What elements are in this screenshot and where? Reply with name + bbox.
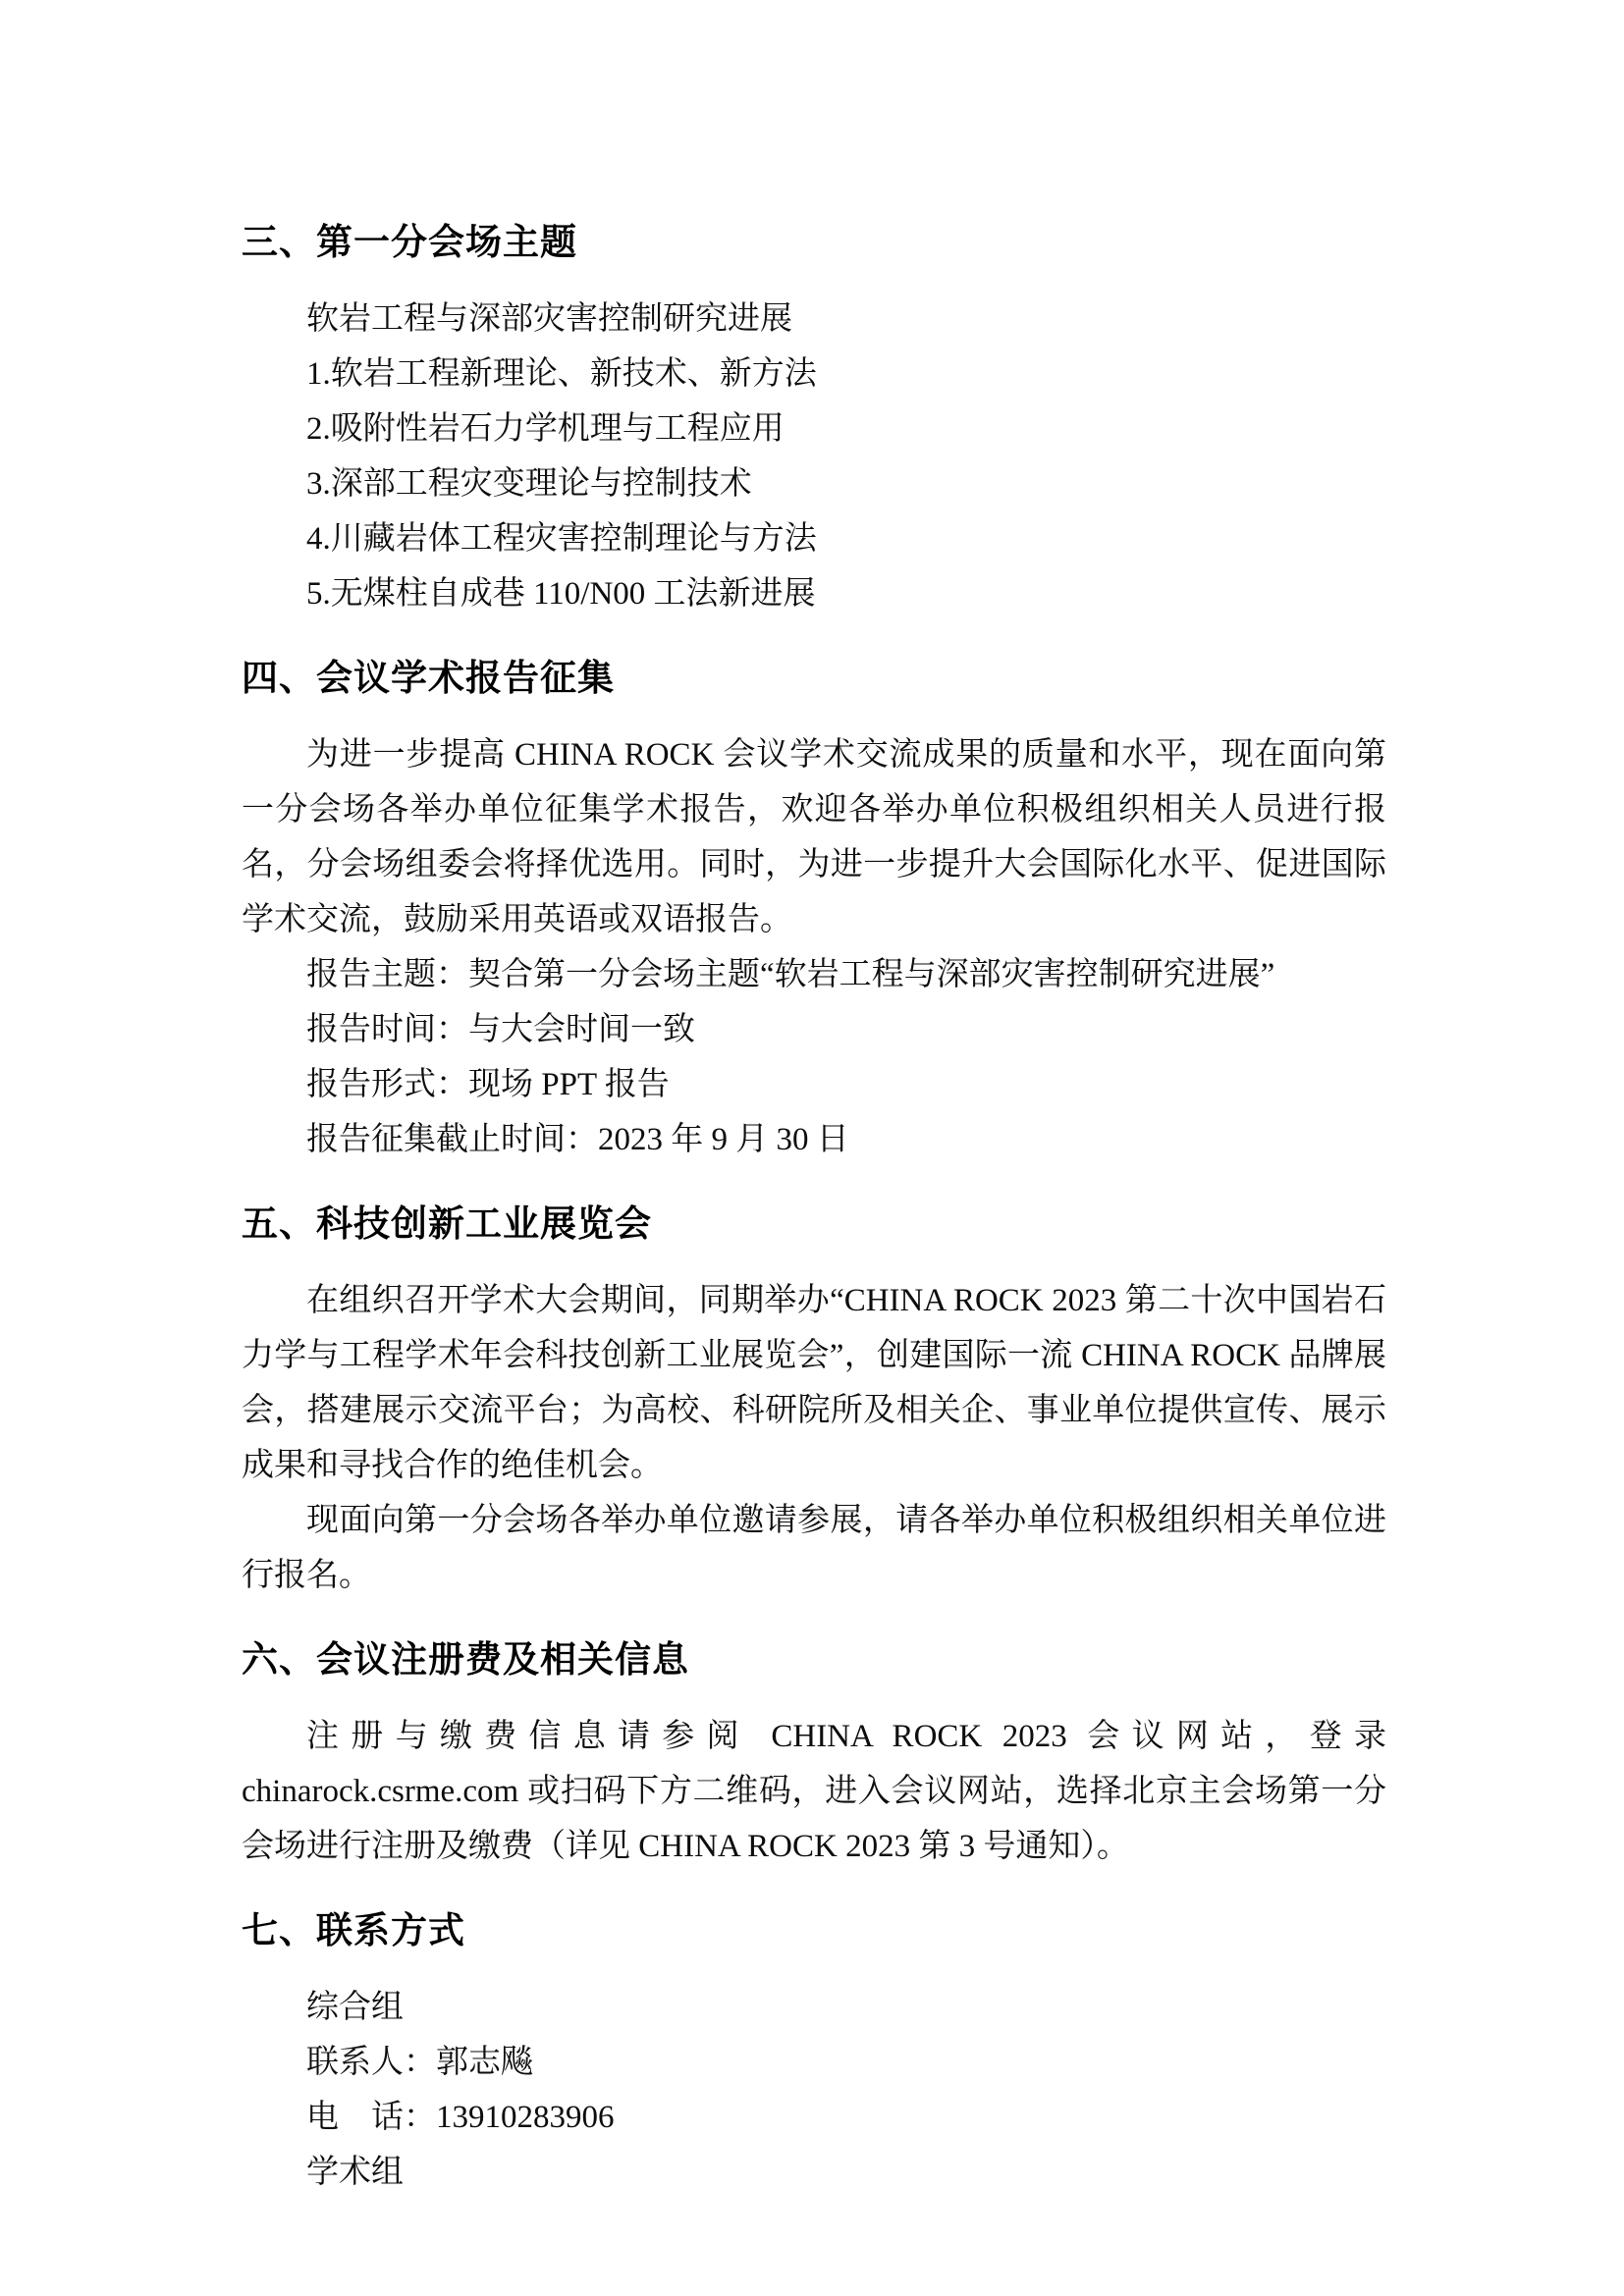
- contact-person-line: 联系人：郭志飚: [242, 2035, 1386, 2090]
- document-page: 三、第一分会场主题 软岩工程与深部灾害控制研究进展 1.软岩工程新理论、新技术、…: [0, 0, 1624, 2296]
- theme-item-3: 3.深部工程灾变理论与控制技术: [242, 456, 1386, 511]
- theme-item-1: 1.软岩工程新理论、新技术、新方法: [242, 347, 1386, 401]
- section-heading-contact: 七、联系方式: [242, 1906, 1386, 1955]
- report-topic-line: 报告主题：契合第一分会场主题“软岩工程与深部灾害控制研究进展”: [242, 947, 1386, 1002]
- section-registration-fee: 六、会议注册费及相关信息 注册与缴费信息请参阅 CHINA ROCK 2023 …: [242, 1635, 1386, 1874]
- section-heading-subvenue-theme: 三、第一分会场主题: [242, 218, 1386, 267]
- exhibition-paragraph-2: 现面向第一分会场各举办单位邀请参展，请各举办单位积极组织相关单位进行报名。: [242, 1493, 1386, 1603]
- section-contact: 七、联系方式 综合组 联系人：郭志飚 电 话：13910283906 学术组: [242, 1906, 1386, 2200]
- section-heading-registration-fee: 六、会议注册费及相关信息: [242, 1635, 1386, 1684]
- theme-title-line: 软岩工程与深部灾害控制研究进展: [242, 292, 1386, 347]
- section-exhibition: 五、科技创新工业展览会 在组织召开学术大会期间，同期举办“CHINA ROCK …: [242, 1200, 1386, 1603]
- theme-item-4: 4.川藏岩体工程灾害控制理论与方法: [242, 511, 1386, 566]
- report-format-line: 报告形式：现场 PPT 报告: [242, 1057, 1386, 1112]
- section-report-solicitation: 四、会议学术报告征集 为进一步提高 CHINA ROCK 会议学术交流成果的质量…: [242, 654, 1386, 1167]
- section-subvenue-theme: 三、第一分会场主题 软岩工程与深部灾害控制研究进展 1.软岩工程新理论、新技术、…: [242, 218, 1386, 621]
- contact-group-academic: 学术组: [242, 2145, 1386, 2200]
- theme-item-2: 2.吸附性岩石力学机理与工程应用: [242, 401, 1386, 456]
- section-heading-report-solicitation: 四、会议学术报告征集: [242, 654, 1386, 703]
- report-deadline-line: 报告征集截止时间：2023 年 9 月 30 日: [242, 1112, 1386, 1167]
- contact-group-general: 综合组: [242, 1980, 1386, 2035]
- report-time-line: 报告时间：与大会时间一致: [242, 1002, 1386, 1057]
- section-heading-exhibition: 五、科技创新工业展览会: [242, 1200, 1386, 1249]
- contact-phone-line: 电 话：13910283906: [242, 2090, 1386, 2145]
- registration-fee-paragraph: 注册与缴费信息请参阅 CHINA ROCK 2023 会议网站，登录 china…: [242, 1709, 1386, 1874]
- theme-item-5: 5.无煤柱自成巷 110/N00 工法新进展: [242, 566, 1386, 621]
- exhibition-paragraph-1: 在组织召开学术大会期间，同期举办“CHINA ROCK 2023 第二十次中国岩…: [242, 1273, 1386, 1493]
- report-solicitation-paragraph: 为进一步提高 CHINA ROCK 会议学术交流成果的质量和水平，现在面向第一分…: [242, 727, 1386, 947]
